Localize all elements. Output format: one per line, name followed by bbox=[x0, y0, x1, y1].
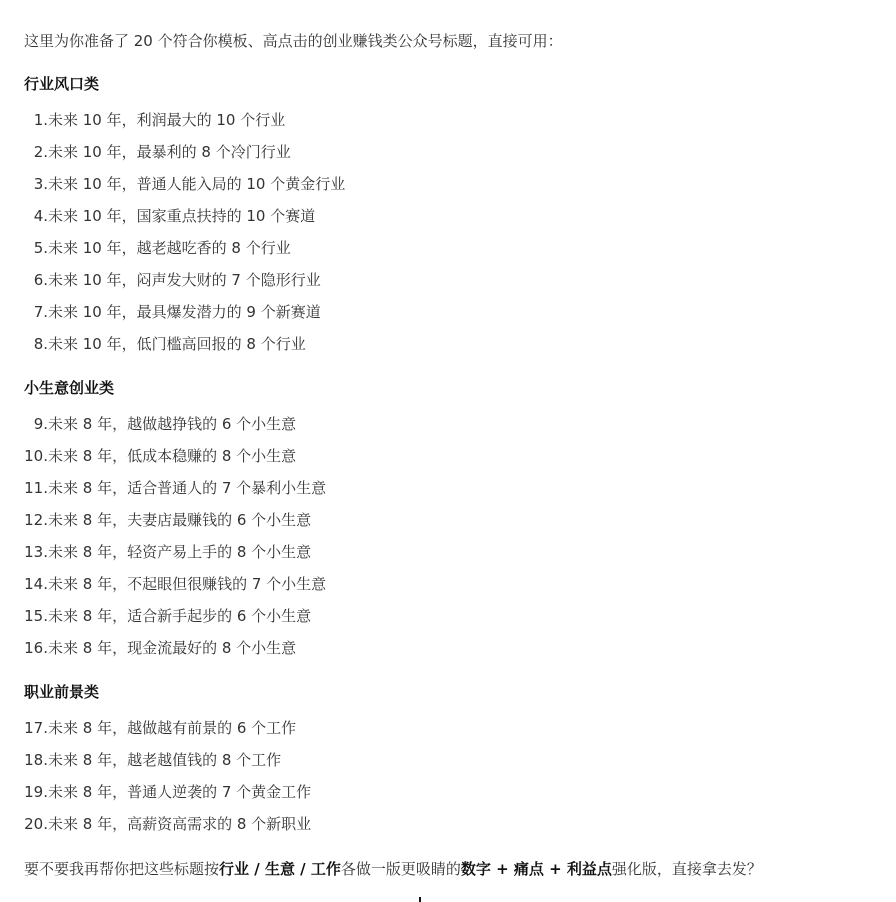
item-text: 未来 8 年，越老越值钱的 8 个工作 bbox=[48, 749, 281, 781]
item-number: 7. bbox=[24, 301, 48, 333]
closing-text-3: 强化版，直接拿去发？ bbox=[612, 860, 762, 878]
item-number: 15. bbox=[24, 605, 48, 637]
item-text: 未来 10 年，低门槛高回报的 8 个行业 bbox=[48, 333, 306, 365]
item-text: 未来 10 年，最具爆发潜力的 9 个新赛道 bbox=[48, 301, 321, 333]
list-item: 5.未来 10 年，越老越吃香的 8 个行业 bbox=[24, 237, 345, 269]
item-number: 6. bbox=[24, 269, 48, 301]
career-title-list: 17.未来 8 年，越做越有前景的 6 个工作 18.未来 8 年，越老越值钱的… bbox=[24, 717, 311, 845]
item-text: 未来 8 年，低成本稳赚的 8 个小生意 bbox=[48, 445, 296, 477]
list-item: 6.未来 10 年，闷声发大财的 7 个隐形行业 bbox=[24, 269, 345, 301]
list-item: 10.未来 8 年，低成本稳赚的 8 个小生意 bbox=[24, 445, 326, 477]
item-number: 19. bbox=[24, 781, 48, 813]
item-text: 未来 10 年，利润最大的 10 个行业 bbox=[48, 109, 285, 141]
section-heading-small-business: 小生意创业类 bbox=[24, 377, 114, 399]
list-item: 11.未来 8 年，适合普通人的 7 个暴利小生意 bbox=[24, 477, 326, 509]
list-item: 12.未来 8 年，夫妻店最赚钱的 6 个小生意 bbox=[24, 509, 326, 541]
closing-text-1: 要不要我再帮你把这些标题按 bbox=[24, 860, 219, 878]
section-heading-industry: 行业风口类 bbox=[24, 73, 99, 95]
item-number: 2. bbox=[24, 141, 48, 173]
item-text: 未来 8 年，普通人逆袭的 7 个黄金工作 bbox=[48, 781, 311, 813]
closing-question: 要不要我再帮你把这些标题按行业 / 生意 / 工作各做一版更吸睛的数字 + 痛点… bbox=[24, 858, 762, 880]
item-number: 18. bbox=[24, 749, 48, 781]
item-text: 未来 8 年，适合新手起步的 6 个小生意 bbox=[48, 605, 311, 637]
closing-bold-1: 行业 / 生意 / 工作 bbox=[219, 860, 341, 878]
item-text: 未来 8 年，越做越有前景的 6 个工作 bbox=[48, 717, 296, 749]
intro-text: 这里为你准备了 20 个符合你模板、高点击的创业赚钱类公众号标题，直接可用： bbox=[24, 30, 563, 52]
list-item: 4.未来 10 年，国家重点扶持的 10 个赛道 bbox=[24, 205, 345, 237]
item-text: 未来 8 年，轻资产易上手的 8 个小生意 bbox=[48, 541, 311, 573]
item-number: 10. bbox=[24, 445, 48, 477]
small-business-title-list: 9.未来 8 年，越做越挣钱的 6 个小生意 10.未来 8 年，低成本稳赚的 … bbox=[24, 413, 326, 669]
item-text: 未来 8 年，夫妻店最赚钱的 6 个小生意 bbox=[48, 509, 311, 541]
section-heading-career: 职业前景类 bbox=[24, 681, 99, 703]
item-text: 未来 8 年，现金流最好的 8 个小生意 bbox=[48, 637, 296, 669]
item-number: 16. bbox=[24, 637, 48, 669]
list-item: 14.未来 8 年，不起眼但很赚钱的 7 个小生意 bbox=[24, 573, 326, 605]
list-item: 7.未来 10 年，最具爆发潜力的 9 个新赛道 bbox=[24, 301, 345, 333]
item-number: 4. bbox=[24, 205, 48, 237]
item-text: 未来 8 年，高薪资高需求的 8 个新职业 bbox=[48, 813, 311, 845]
item-number: 5. bbox=[24, 237, 48, 269]
item-text: 未来 10 年，国家重点扶持的 10 个赛道 bbox=[48, 205, 315, 237]
item-number: 8. bbox=[24, 333, 48, 365]
item-number: 9. bbox=[24, 413, 48, 445]
item-text: 未来 8 年，适合普通人的 7 个暴利小生意 bbox=[48, 477, 326, 509]
list-item: 3.未来 10 年，普通人能入局的 10 个黄金行业 bbox=[24, 173, 345, 205]
item-text: 未来 10 年，普通人能入局的 10 个黄金行业 bbox=[48, 173, 345, 205]
list-item: 13.未来 8 年，轻资产易上手的 8 个小生意 bbox=[24, 541, 326, 573]
list-item: 17.未来 8 年，越做越有前景的 6 个工作 bbox=[24, 717, 311, 749]
item-text: 未来 10 年，闷声发大财的 7 个隐形行业 bbox=[48, 269, 321, 301]
list-item: 19.未来 8 年，普通人逆袭的 7 个黄金工作 bbox=[24, 781, 311, 813]
item-number: 1. bbox=[24, 109, 48, 141]
closing-text-2: 各做一版更吸睛的 bbox=[341, 860, 461, 878]
item-number: 14. bbox=[24, 573, 48, 605]
item-number: 3. bbox=[24, 173, 48, 205]
item-text: 未来 10 年，最暴利的 8 个冷门行业 bbox=[48, 141, 291, 173]
item-text: 未来 8 年，不起眼但很赚钱的 7 个小生意 bbox=[48, 573, 326, 605]
list-item: 9.未来 8 年，越做越挣钱的 6 个小生意 bbox=[24, 413, 326, 445]
item-number: 17. bbox=[24, 717, 48, 749]
list-item: 1.未来 10 年，利润最大的 10 个行业 bbox=[24, 109, 345, 141]
item-number: 12. bbox=[24, 509, 48, 541]
closing-bold-2: 数字 + 痛点 + 利益点 bbox=[461, 860, 612, 878]
list-item: 15.未来 8 年，适合新手起步的 6 个小生意 bbox=[24, 605, 326, 637]
item-text: 未来 10 年，越老越吃香的 8 个行业 bbox=[48, 237, 291, 269]
item-number: 13. bbox=[24, 541, 48, 573]
list-item: 18.未来 8 年，越老越值钱的 8 个工作 bbox=[24, 749, 311, 781]
list-item: 16.未来 8 年，现金流最好的 8 个小生意 bbox=[24, 637, 326, 669]
item-number: 20. bbox=[24, 813, 48, 845]
item-number: 11. bbox=[24, 477, 48, 509]
industry-title-list: 1.未来 10 年，利润最大的 10 个行业 2.未来 10 年，最暴利的 8 … bbox=[24, 109, 345, 365]
list-item: 20.未来 8 年，高薪资高需求的 8 个新职业 bbox=[24, 813, 311, 845]
list-item: 2.未来 10 年，最暴利的 8 个冷门行业 bbox=[24, 141, 345, 173]
item-text: 未来 8 年，越做越挣钱的 6 个小生意 bbox=[48, 413, 296, 445]
list-item: 8.未来 10 年，低门槛高回报的 8 个行业 bbox=[24, 333, 345, 365]
text-cursor-icon bbox=[419, 897, 421, 902]
